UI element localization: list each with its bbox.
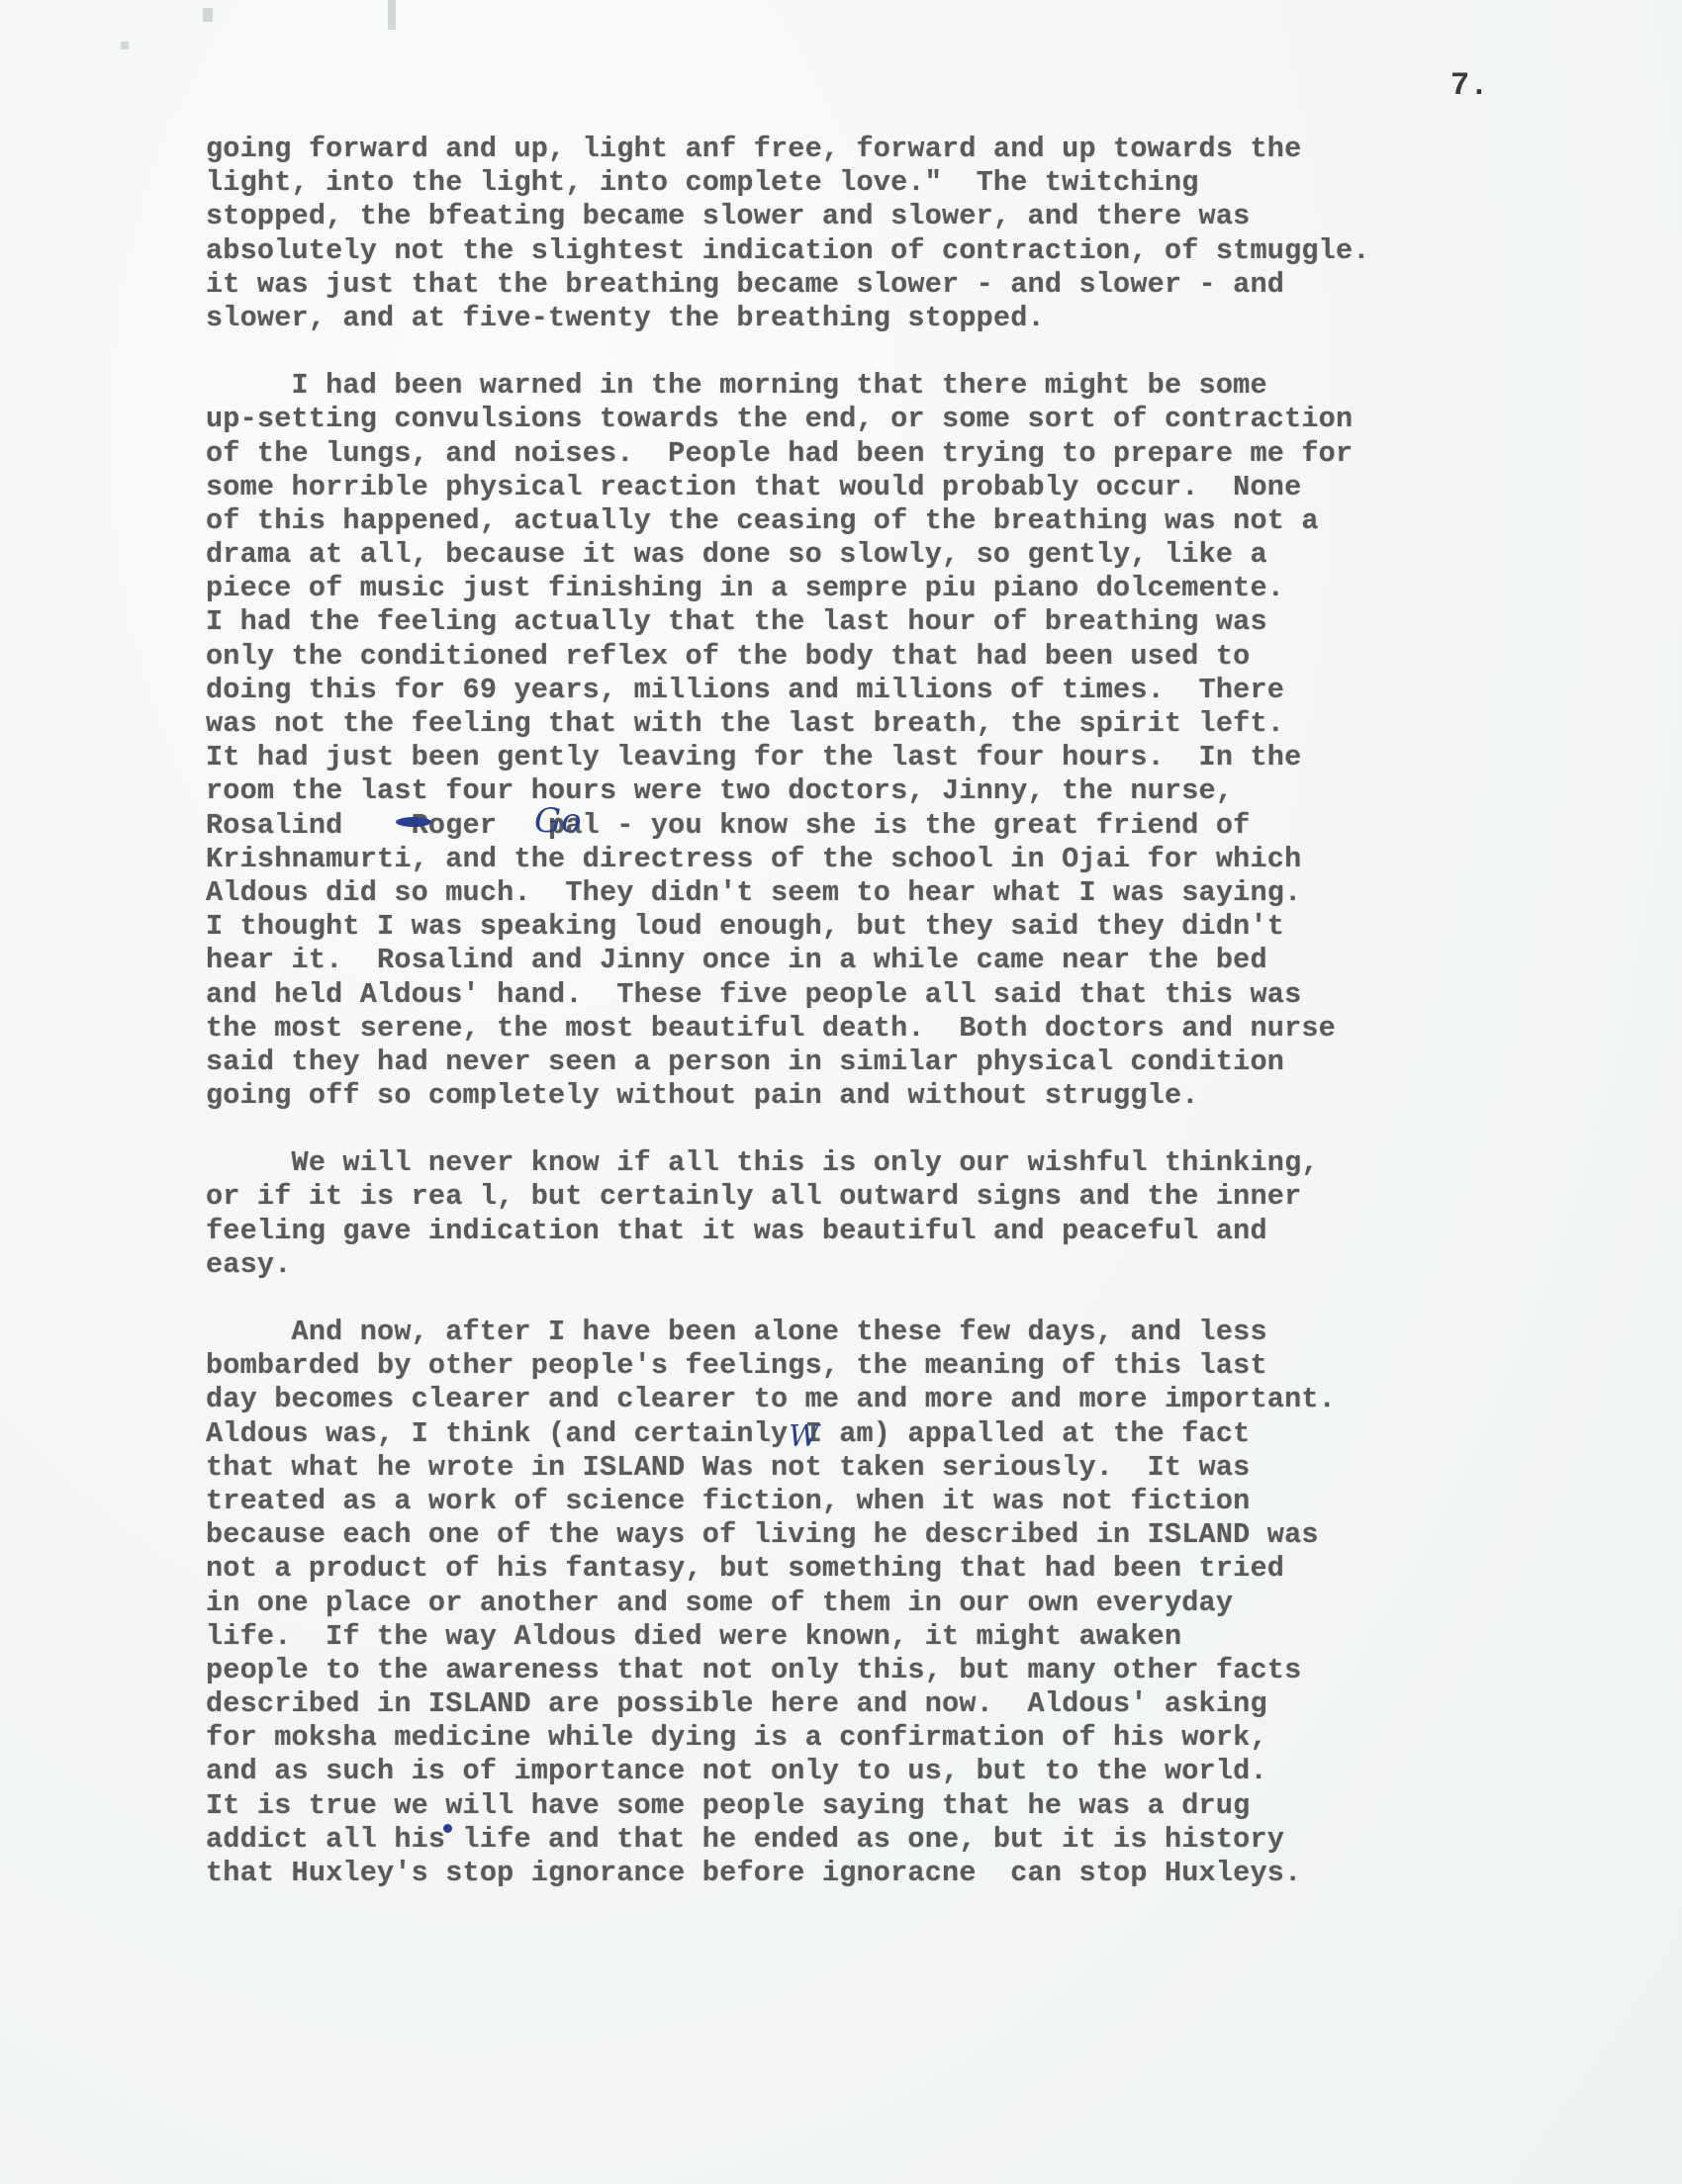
paragraph-2: I had been warned in the morning that th… (206, 369, 1650, 1113)
text-line: I thought I was speaking loud enough, bu… (206, 910, 1650, 944)
text-line: was not the feeling that with the last b… (206, 707, 1650, 741)
handwritten-strike-mark (396, 817, 431, 827)
text-line: or if it is rea l, but certainly all out… (206, 1180, 1650, 1214)
paper-speck (121, 42, 129, 49)
paragraph-3: We will never know if all this is only o… (206, 1146, 1650, 1282)
text-line: I had been warned in the morning that th… (206, 369, 1650, 403)
text-line: addict all his life and that he ended as… (206, 1823, 1650, 1857)
text-line: going forward and up, light anf free, fo… (206, 133, 1650, 166)
text-line: treated as a work of science fiction, wh… (206, 1485, 1650, 1518)
text-line: doing this for 69 years, millions and mi… (206, 674, 1650, 707)
paragraph-gap (206, 1113, 1650, 1146)
handwritten-w-annotation: W (789, 1419, 819, 1454)
paragraph-1: going forward and up, light anf free, fo… (206, 133, 1650, 335)
text-line: feeling gave indication that it was beau… (206, 1215, 1650, 1248)
text-line: It had just been gently leaving for the … (206, 741, 1650, 774)
text-line: described in ISLAND are possible here an… (206, 1687, 1650, 1721)
text-line: slower, and at five-twenty the breathing… (206, 302, 1650, 335)
text-line: going off so completely without pain and… (206, 1079, 1650, 1113)
handwritten-go-annotation: Go (534, 801, 582, 841)
text-line: I had the feeling actually that the last… (206, 605, 1650, 639)
paper-speck (203, 8, 213, 22)
text-line: hear it. Rosalind and Jinny once in a wh… (206, 944, 1650, 977)
text-line: stopped, the bfeating became slower and … (206, 200, 1650, 233)
text-line: in one place or another and some of them… (206, 1587, 1650, 1620)
paragraph-gap (206, 335, 1650, 369)
text-line: It is true we will have some people sayi… (206, 1789, 1650, 1823)
text-line: drama at all, because it was done so slo… (206, 538, 1650, 572)
text-line: people to the awareness that not only th… (206, 1654, 1650, 1687)
text-line: piece of music just finishing in a sempr… (206, 572, 1650, 605)
text-line: Aldous did so much. They didn't seem to … (206, 876, 1650, 910)
text-line: it was just that the breathing became sl… (206, 268, 1650, 302)
paper-speck (388, 0, 396, 30)
text-line: day becomes clearer and clearer to me an… (206, 1383, 1650, 1416)
text-line: up-setting convulsions towards the end, … (206, 403, 1650, 436)
letter-body: going forward and up, light anf free, fo… (206, 133, 1650, 1890)
text-line: life. If the way Aldous died were known,… (206, 1620, 1650, 1654)
handwritten-dot-mark (443, 1824, 452, 1833)
text-line: and as such is of importance not only to… (206, 1755, 1650, 1788)
text-line: room the last four hours were two doctor… (206, 774, 1650, 808)
text-line: of this happened, actually the ceasing o… (206, 504, 1650, 538)
text-line: easy. (206, 1248, 1650, 1282)
paragraph-4: And now, after I have been alone these f… (206, 1316, 1650, 1890)
text-line: And now, after I have been alone these f… (206, 1316, 1650, 1349)
text-line: Aldous was, I think (and certainly I am)… (206, 1417, 1650, 1451)
text-line: some horrible physical reaction that wou… (206, 471, 1650, 504)
text-line: for moksha medicine while dying is a con… (206, 1721, 1650, 1755)
text-line: light, into the light, into complete lov… (206, 166, 1650, 200)
text-line: that what he wrote in ISLAND Was not tak… (206, 1451, 1650, 1485)
text-line: of the lungs, and noises. People had bee… (206, 437, 1650, 471)
text-line: absolutely not the slightest indication … (206, 234, 1650, 268)
text-line: the most serene, the most beautiful deat… (206, 1012, 1650, 1046)
text-line: We will never know if all this is only o… (206, 1146, 1650, 1180)
text-line: that Huxley's stop ignorance before igno… (206, 1857, 1650, 1890)
text-line: said they had never seen a person in sim… (206, 1046, 1650, 1079)
text-line: only the conditioned reflex of the body … (206, 640, 1650, 674)
text-line: and held Aldous' hand. These five people… (206, 978, 1650, 1012)
text-line: Krishnamurti, and the directress of the … (206, 843, 1650, 876)
text-line: not a product of his fantasy, but someth… (206, 1552, 1650, 1586)
text-line: bombarded by other people's feelings, th… (206, 1349, 1650, 1383)
text-line: because each one of the ways of living h… (206, 1518, 1650, 1552)
paragraph-gap (206, 1282, 1650, 1316)
page-number: 7. (1450, 67, 1488, 104)
